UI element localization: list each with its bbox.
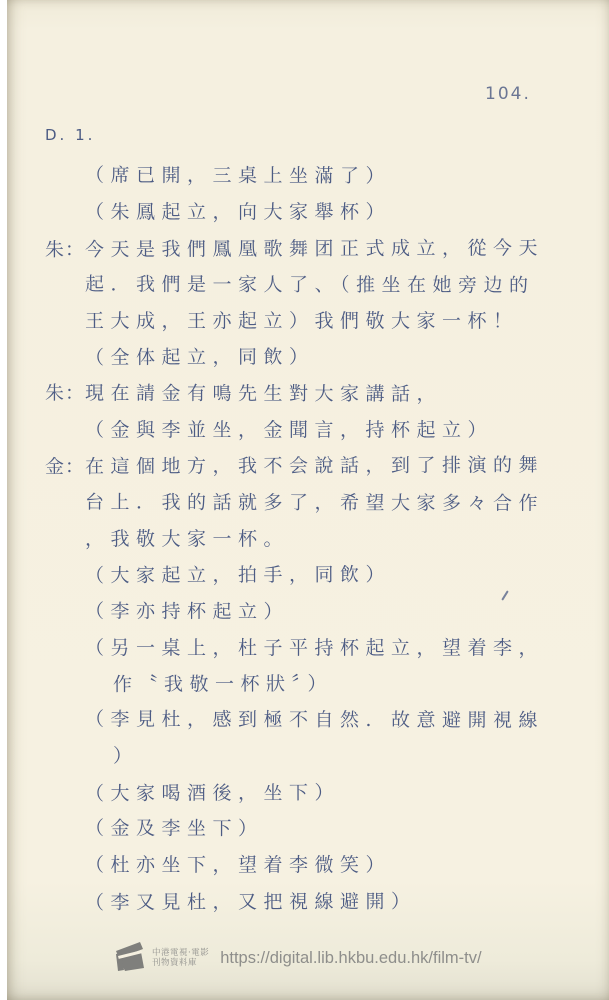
script-line: （李見杜，感到極不自然．故意避開視線 bbox=[45, 700, 593, 738]
line-text: 起．我們是一家人了、（推坐在她旁边的 bbox=[85, 269, 535, 297]
script-line: 朱：今天是我們鳳凰歌舞团正式成立，從今天 bbox=[45, 228, 593, 266]
script-line: 王大成，王亦起立）我們敬大家一杯！ bbox=[45, 301, 593, 337]
script-line: ） bbox=[45, 737, 593, 773]
line-text: （大家起立，拍手，同飲） bbox=[85, 560, 391, 588]
line-text: （金與李並坐，金聞言，持杯起立） bbox=[85, 415, 493, 442]
line-text: ，我敬大家一杯。 bbox=[85, 524, 289, 551]
library-logo-text: 中港電視·電影 刊物資料庫 bbox=[152, 948, 209, 969]
script-line: （全体起立，同飲） bbox=[45, 337, 593, 375]
line-text: （朱鳳起立，向大家舉杯） bbox=[85, 197, 391, 224]
script-line: （席已開，三桌上坐滿了） bbox=[45, 155, 593, 193]
script-line: 台上．我的話就多了，希望大家多々合作 bbox=[45, 482, 593, 520]
line-text: （李亦持杯起立） bbox=[85, 596, 289, 624]
line-text: （另一桌上，杜子平持杯起立，望着李， bbox=[85, 633, 544, 660]
line-text: （李又見杜，又把視線避開） bbox=[85, 886, 417, 914]
speaker-label: 朱： bbox=[45, 378, 85, 405]
line-text: 現在請金有鳴先生對大家講話， bbox=[85, 378, 442, 406]
script-line: （金及李坐下） bbox=[45, 809, 593, 847]
script-line: （另一桌上，杜子平持杯起立，望着李， bbox=[45, 628, 593, 664]
script-line: （李亦持杯起立） bbox=[45, 591, 593, 629]
line-text: 今天是我們鳳凰歌舞团正式成立，從今天 bbox=[85, 232, 544, 261]
speaker-label: 金： bbox=[45, 452, 85, 479]
script-line: （李又見杜，又把視線避開） bbox=[45, 881, 593, 919]
script-line: 作〝我敬一杯狀〞） bbox=[45, 663, 593, 701]
line-text: 王大成，王亦起立）我們敬大家一杯！ bbox=[85, 306, 519, 333]
line-text: ） bbox=[113, 741, 139, 768]
page-number: 104. bbox=[485, 84, 531, 104]
speaker-label: 朱： bbox=[45, 234, 85, 261]
script-line: （朱鳳起立，向大家舉杯） bbox=[45, 192, 593, 228]
line-text: （李見杜，感到極不自然．故意避開視線 bbox=[85, 704, 544, 732]
logo-text-line2: 刊物資料庫 bbox=[152, 958, 209, 969]
script-lines: （席已開，三桌上坐滿了）（朱鳳起立，向大家舉杯）朱：今天是我們鳳凰歌舞团正式成立… bbox=[45, 156, 593, 918]
script-line: （大家喝酒後，坐下） bbox=[45, 772, 593, 810]
line-text: 在這個地方，我不会說話，到了排演的舞 bbox=[85, 450, 544, 479]
line-text: 台上．我的話就多了，希望大家多々合作 bbox=[85, 487, 544, 515]
watermark-footer: 中港電視·電影 刊物資料庫 https://digital.lib.hkbu.e… bbox=[115, 940, 482, 976]
line-text: （金及李坐下） bbox=[85, 813, 264, 840]
line-text: （大家喝酒後，坐下） bbox=[85, 778, 340, 806]
line-text: 作〝我敬一杯狀〞） bbox=[113, 669, 333, 697]
script-line: 金：在這個地方，我不会說話，到了排演的舞 bbox=[45, 445, 593, 483]
script-line: （金與李並坐，金聞言，持杯起立） bbox=[45, 410, 593, 446]
script-line: ，我敬大家一杯。 bbox=[45, 519, 593, 555]
line-text: （杜亦坐下，望着李微笑） bbox=[85, 850, 391, 877]
section-label: D. 1. bbox=[45, 126, 95, 144]
line-text: （全体起立，同飲） bbox=[85, 342, 315, 370]
scanned-script-page: 104. D. 1. （席已開，三桌上坐滿了）（朱鳳起立，向大家舉杯）朱：今天是… bbox=[7, 0, 609, 1000]
logo-text-line1: 中港電視·電影 bbox=[152, 948, 209, 959]
script-line: 朱：現在請金有鳴先生對大家講話， bbox=[45, 373, 593, 411]
library-logo-icon bbox=[115, 940, 145, 976]
watermark-url: https://digital.lib.hkbu.edu.hk/film-tv/ bbox=[220, 949, 481, 968]
script-line: 起．我們是一家人了、（推坐在她旁边的 bbox=[45, 264, 593, 302]
line-text: （席已開，三桌上坐滿了） bbox=[85, 160, 391, 188]
script-line: （大家起立，拍手，同飲） bbox=[45, 554, 593, 592]
script-line: （杜亦坐下，望着李微笑） bbox=[45, 846, 593, 882]
